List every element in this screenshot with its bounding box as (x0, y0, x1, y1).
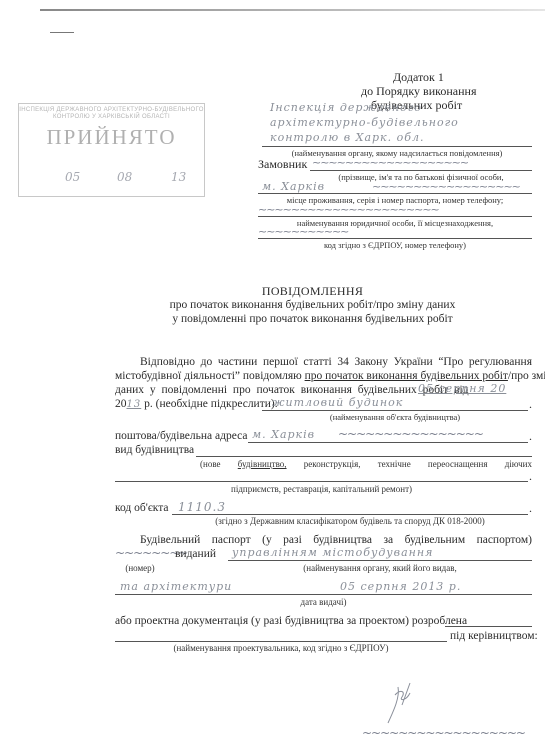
stamp-year: 13 (171, 170, 186, 184)
customer-legal-line (258, 216, 532, 217)
issue-date-line (115, 594, 532, 595)
construction-type-line (196, 456, 532, 457)
caption-word: реконструкція, (304, 459, 361, 469)
construction-type-caption-2: підприємств, реставрація, капітальний ре… (115, 484, 528, 494)
para-line-3: даних у повідомленні про початок виконан… (115, 383, 469, 397)
customer-address-line (258, 193, 532, 194)
object-name-handwritten: житловий будинок (272, 396, 403, 409)
para-line-2: містобудівної діяльності” повідомляю про… (115, 369, 532, 383)
passport-word: Будівельний (140, 533, 200, 547)
para-line-1: Відповідно до частини першої статті 34 З… (140, 355, 532, 369)
passport-number-caption: (номер) (115, 563, 165, 573)
issuer-caption: (найменування органу, який його видав, (228, 563, 532, 573)
object-code-caption: (згідно з Державним класифікатором будів… (172, 516, 528, 526)
issued-by-line (228, 560, 532, 561)
scan-edge-line (40, 9, 545, 11)
signature-name-scribble: ~~~~~~~~~~~~~~~~~~ (362, 726, 525, 740)
addressee-handwritten-2: архітектурно-будівельного (270, 116, 459, 129)
customer-label: Замовник (258, 157, 307, 171)
designer-line (115, 641, 447, 642)
address-period: . (529, 429, 532, 443)
issued-by-handwritten-2: та архітектури (120, 580, 232, 593)
customer-name-scribble: ~~~~~~~~~~~~~~~~~~~ (312, 156, 468, 169)
address-label: поштова/будівельна адреса (115, 429, 247, 443)
stamp-day: 05 (65, 170, 80, 184)
supervision-label: під керівництвом: (450, 629, 538, 643)
construction-type-caption-1: (нове будівництво, реконструкція, техніч… (200, 459, 532, 469)
stamp-status: ПРИЙНЯТО (19, 125, 204, 150)
addressee-handwritten-3: контролю в Харк. обл. (270, 131, 424, 144)
object-code-period: . (529, 501, 532, 515)
para-line-2-c: /про зміну (508, 370, 545, 382)
document-subtitle-2: у повідомленні про початок виконання буд… (0, 312, 545, 326)
stamp-month: 08 (117, 170, 132, 184)
passport-word: паспорт (212, 533, 251, 547)
construction-type-line-2 (115, 481, 528, 482)
customer-legal-scribble: ~~~~~~~~~~~~~~~~~~~~~~ (258, 203, 439, 216)
para-line-2-underlined: про початок виконання будівельних робіт (305, 370, 508, 382)
customer-code-line (258, 238, 532, 239)
object-code-handwritten: 1110.3 (178, 500, 226, 514)
document-title: ПОВІДОМЛЕННЯ (0, 284, 545, 298)
project-docs-line (445, 626, 532, 627)
address-line (248, 442, 528, 443)
received-stamp: ІНСПЕКЦІЯ ДЕРЖАВНОГО АРХІТЕКТУРНО-БУДІВЕ… (18, 103, 205, 197)
object-code-label: код об'єкта (115, 501, 168, 515)
para-date-handwritten: 05 серпня 20 (418, 382, 506, 395)
address-scribble: ~~~~~~~~~~~~~~~~ (338, 427, 483, 441)
para-line-4-prefix: 20 (115, 398, 127, 410)
para-line-4: 2013 р. (необхідне підкреслити). (115, 397, 278, 412)
designer-caption: (найменування проектувальника, код згідн… (115, 643, 447, 653)
issued-label: виданий (175, 547, 216, 561)
customer-address-scribble: ~~~~~~~~~~~~~~~~~~ (372, 180, 520, 193)
project-docs-label: або проектна документація (у разі будівн… (115, 614, 467, 628)
address-handwritten: м. Харків (252, 428, 315, 441)
stamp-header: ІНСПЕКЦІЯ ДЕРЖАВНОГО АРХІТЕКТУРНО-БУДІВЕ… (19, 107, 204, 121)
para-year-handwritten: 13 (127, 399, 142, 410)
annex-title: Додаток 1 (393, 70, 444, 84)
para-line-2-a: містобудівної діяльності” повідомляю (115, 370, 305, 382)
passport-word: (у (262, 533, 272, 547)
caption-word: технічне (378, 459, 411, 469)
issue-date-caption: дата видачі) (115, 597, 532, 607)
passport-word: паспортом) (477, 533, 532, 547)
passport-word: будівельним (405, 533, 466, 547)
addressee-handwritten-1: Інспекція державного (270, 101, 422, 114)
passport-word: за (383, 533, 393, 547)
object-name-caption: (найменування об'єкта будівництва) (262, 412, 528, 422)
customer-address-handwritten: м. Харків (262, 180, 325, 193)
annex-line-2: до Порядку виконання (361, 84, 476, 98)
signature-mark (380, 675, 430, 730)
object-name-line (262, 410, 528, 411)
construction-type-label: вид будівництва (115, 443, 194, 457)
para-line-4-text: р. (необхідне підкреслити). (144, 398, 278, 410)
caption-word: переоснащення (428, 459, 488, 469)
issued-by-handwritten: управлінням містобудування (232, 546, 433, 559)
customer-code-scribble: ~~~~~~~~~~~ (258, 225, 348, 238)
passport-word: будівництва (313, 533, 372, 547)
scan-mark (50, 32, 74, 33)
passport-line-1: Будівельний паспорт (у разі будівництва … (140, 533, 532, 547)
addressee-line (262, 146, 532, 147)
construction-period: . (529, 469, 532, 483)
customer-code-caption: код згідно з ЄДРПОУ, номер телефону) (258, 240, 532, 250)
customer-name-line (310, 170, 532, 171)
passport-word: разі (283, 533, 302, 547)
object-code-line (172, 514, 528, 515)
caption-word: діючих (505, 459, 532, 469)
document-subtitle-1: про початок виконання будівельних робіт/… (0, 298, 545, 312)
issue-date-handwritten: 05 серпня 2013 р. (340, 580, 461, 593)
caption-word: (нове (200, 459, 221, 469)
object-name-period: . (529, 397, 532, 411)
caption-word-underlined: будівництво, (238, 459, 287, 469)
